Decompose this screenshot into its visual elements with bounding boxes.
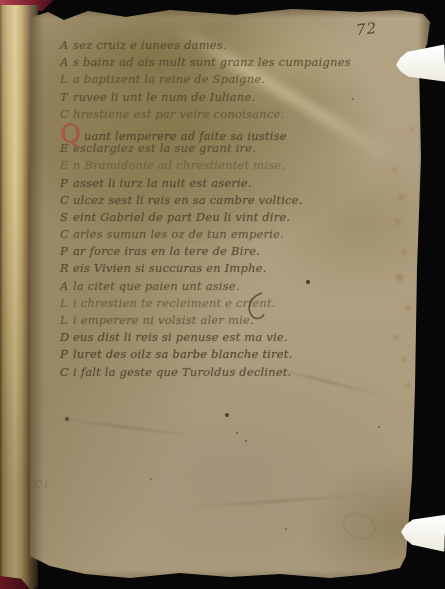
line-initial: C [60,192,73,209]
line-text: s bainz ad ais mult sunt granz les cumpa… [73,55,351,69]
line-text: la citet que paien unt asise. [73,279,240,293]
line-initial: P [60,243,73,260]
line-initial: A [60,37,73,54]
line-text: eus dist li reis si penuse est ma vie. [73,330,288,344]
line-text: luret des oilz sa barbe blanche tiret. [73,347,292,361]
verse-line: Seint Gabriel de part Deu li vint dire. [60,209,410,226]
verse-line: Asez cruiz e iunees dames. [60,37,410,54]
line-text: a baptizent la reine de Spaigne. [73,72,265,86]
verse-line: Li chrestien te recleiment e crient. [60,295,410,312]
verse-line: Truvee li unt le num de Iuliane. [60,89,410,106]
verse-line: Li emperere ni volsist aler mie. [60,312,410,329]
line-initial: P [60,175,73,192]
crease-line [50,417,199,437]
line-initial: C [60,364,73,381]
manuscript-photo: 72 Asez cruiz e iunees dames. As bainz a… [0,0,445,589]
line-text: arles sumun les oz de tun emperie. [73,227,284,241]
verse-line: Deus dist li reis si penuse est ma vie. [60,329,410,346]
line-text: n Bramidonie ad chrestientet mise. [73,158,285,172]
verse-line: Culcez sest li reis en sa cambre voltice… [60,192,410,209]
line-text: hrestiene est par veire conoisance. [73,107,284,121]
line-text: i emperere ni volsist aler mie. [73,313,254,327]
line-initial: A [60,54,73,71]
corner-inscription: Ci [34,480,51,491]
line-text: esclargiez est la sue grant ire. [73,141,256,155]
parchment-page: 72 Asez cruiz e iunees dames. As bainz a… [30,8,430,582]
verse-line: Pluret des oilz sa barbe blanche tiret. [60,346,410,363]
line-initial: L [60,71,73,88]
line-initial: A [60,278,73,295]
line-text: asset li iurz la nuit est aserie. [73,176,252,190]
faint-stamp [339,508,380,544]
line-text: sez cruiz e iunees dames. [73,38,227,52]
line-initial: L [60,295,73,312]
line-initial: S [60,209,73,226]
crease-line [190,494,370,509]
line-initial: E [60,140,73,157]
line-initial: C [60,226,73,243]
verse-line: Chrestiene est par veire conoisance. [60,106,410,123]
verse-line: La baptizent la reine de Spaigne. [60,71,410,88]
verse-line: Eesclargiez est la sue grant ire. [60,140,410,157]
pen-flourish [242,291,268,323]
line-text: ar force iras en la tere de Bire. [73,244,260,258]
verse-line: Ci falt la geste que Turoldus declinet. [60,364,410,381]
verse-text-block: Asez cruiz e iunees dames. As bainz ad a… [60,37,410,381]
verse-line: En Bramidonie ad chrestientet mise. [60,157,410,174]
verse-line: Quant lemperere ad faite sa iustise [60,123,410,140]
line-text: ruvee li unt le num de Iuliane. [73,90,255,104]
line-text: eis Vivien si succuras en Imphe. [73,261,267,275]
line-initial: D [60,329,73,346]
line-initial: T [60,89,73,106]
line-text: i falt la geste que Turoldus declinet. [73,365,292,379]
verse-line: Par force iras en la tere de Bire. [60,243,410,260]
verse-line: Reis Vivien si succuras en Imphe. [60,260,410,277]
line-initial: L [60,312,73,329]
line-initial: P [60,346,73,363]
line-initial: R [60,260,73,277]
verse-line: Carles sumun les oz de tun emperie. [60,226,410,243]
line-text: ulcez sest li reis en sa cambre voltice. [73,193,303,207]
line-initial: E [60,157,73,174]
line-text: eint Gabriel de part Deu li vint dire. [73,210,290,224]
verse-line: Ala citet que paien unt asise. [60,278,410,295]
verse-line: Passet li iurz la nuit est aserie. [60,175,410,192]
verse-line: As bainz ad ais mult sunt granz les cump… [60,54,410,71]
